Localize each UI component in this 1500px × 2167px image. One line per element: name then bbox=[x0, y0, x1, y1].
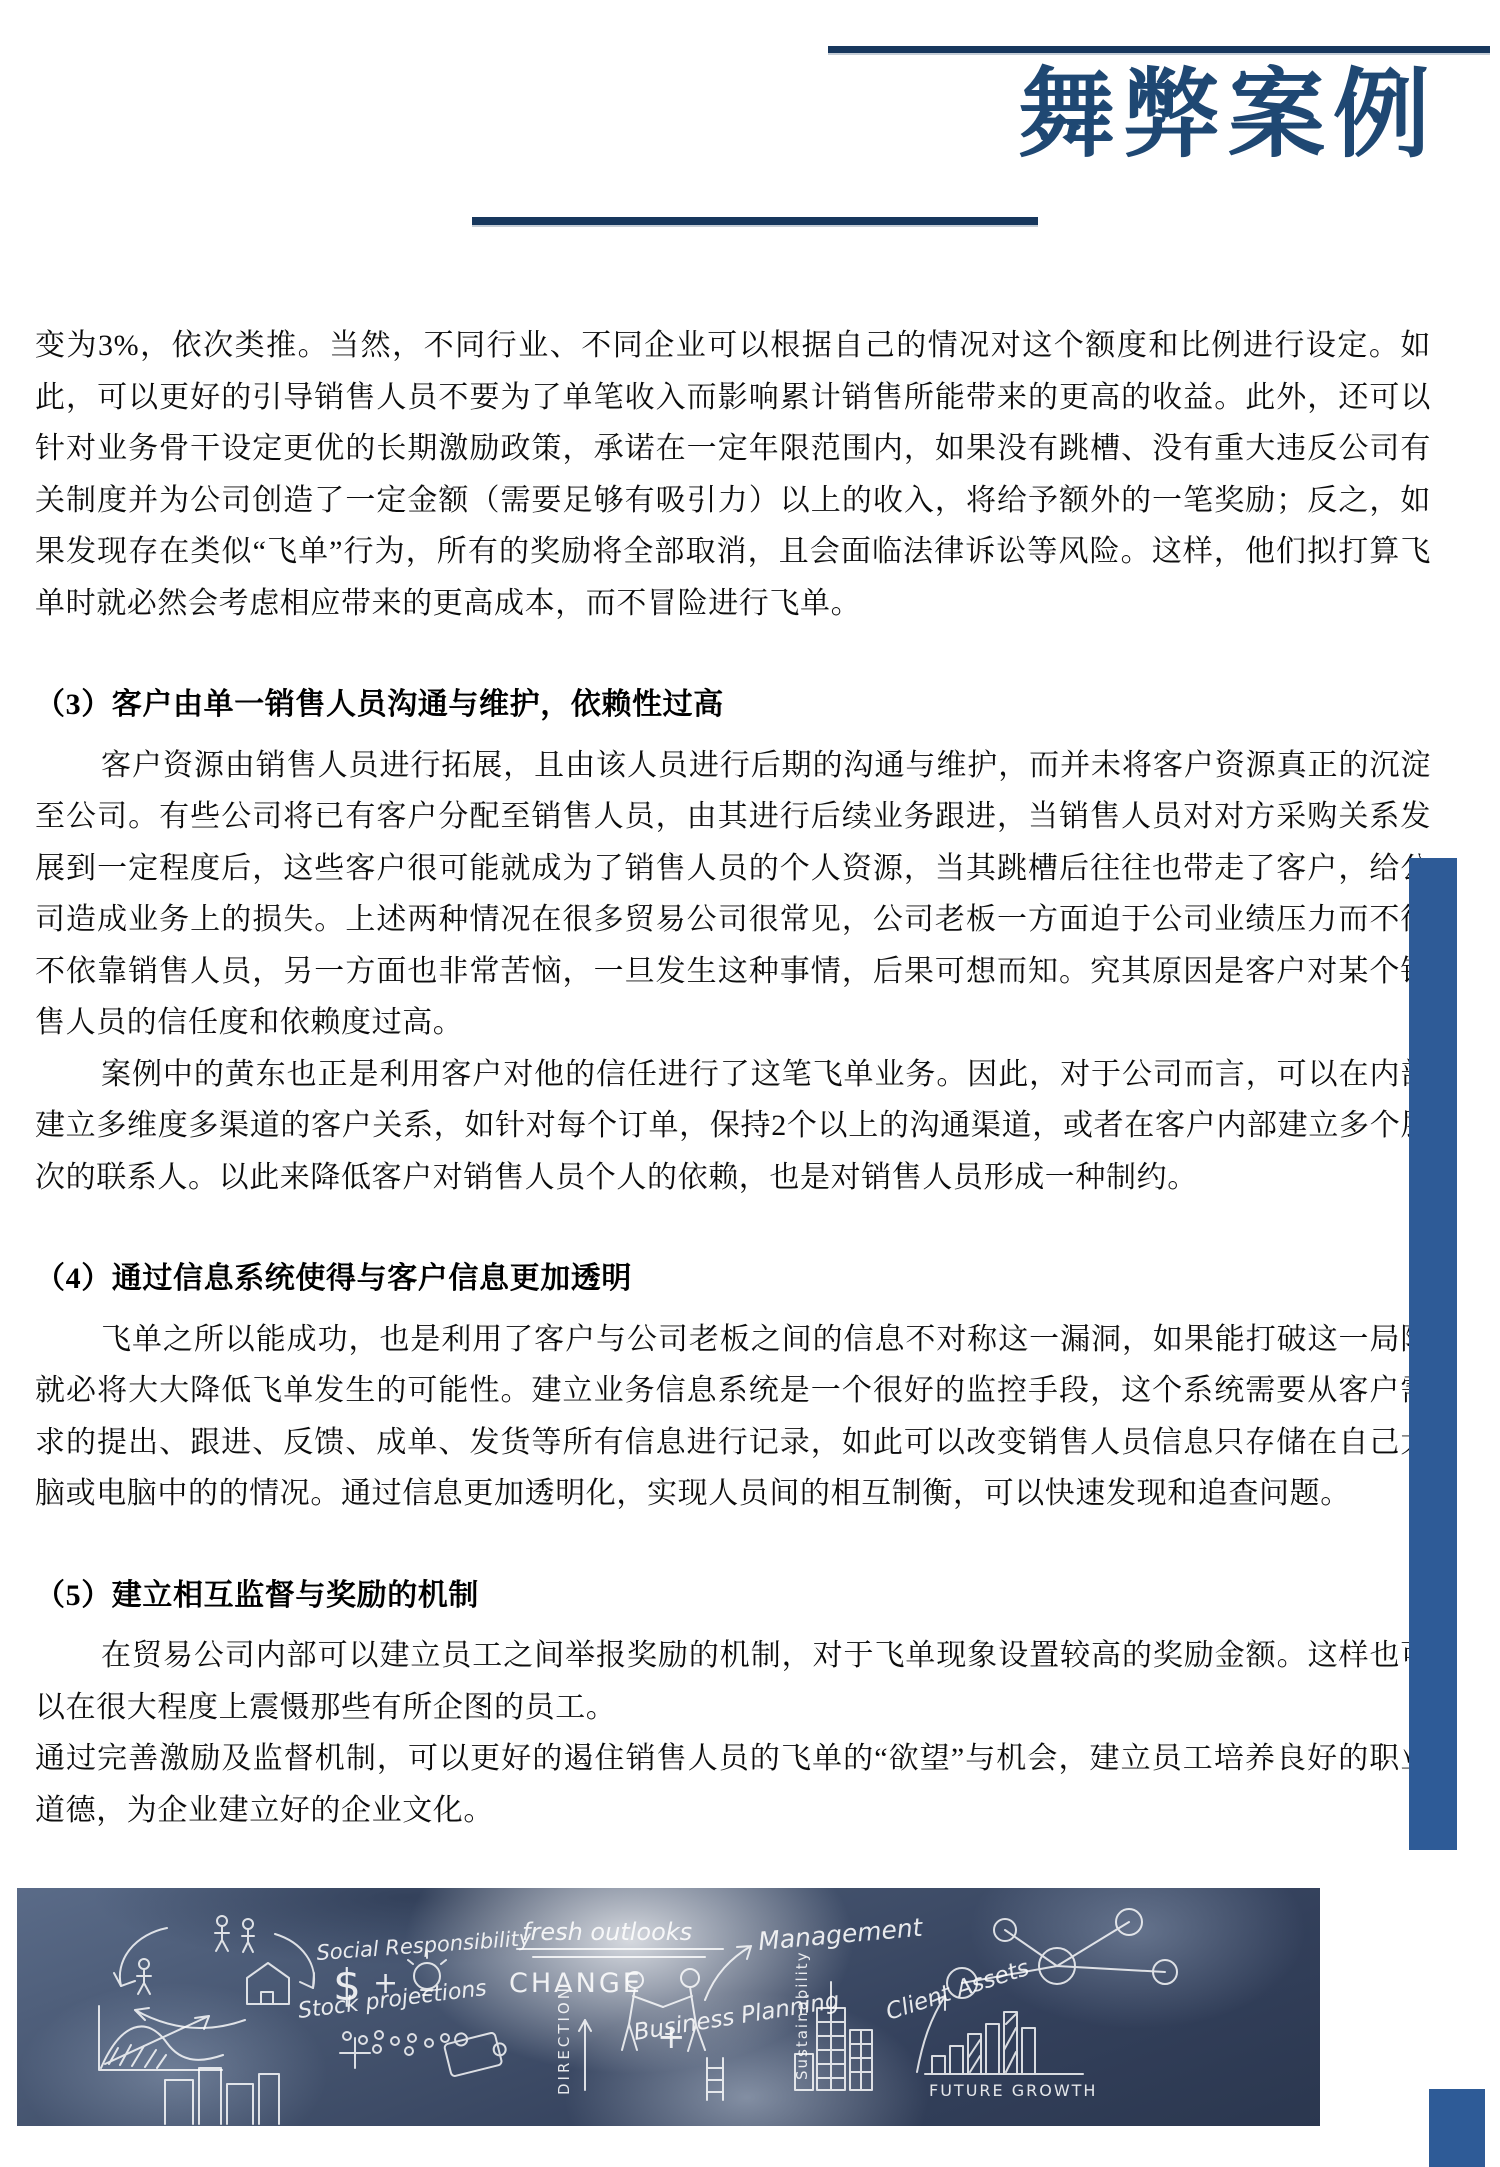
management-arrow bbox=[705, 1946, 751, 2000]
line-chart-icon bbox=[99, 2006, 223, 2070]
title-underline-rule bbox=[472, 217, 1038, 225]
business-sketch-overlay: Social Responsibility $ + fresh outlooks… bbox=[17, 1888, 1320, 2126]
fresh-outlooks-label: fresh outlooks bbox=[522, 1918, 692, 1946]
people-cycle-icon bbox=[114, 1916, 314, 2028]
management-label: Management bbox=[757, 1913, 925, 1956]
document-page: 舞弊案例 变为3%，依次类推。当然，不同行业、不同企业可以根据自己的情况对这个额… bbox=[0, 0, 1500, 2167]
fresh-outlooks-underline bbox=[517, 1949, 723, 1957]
section-3-heading: （3）客户由单一销售人员沟通与维护，依赖性过高 bbox=[35, 679, 1431, 731]
bottom-accent-bar bbox=[1429, 2089, 1485, 2167]
client-assets-label: Client Assets bbox=[883, 1955, 1033, 2026]
future-growth-label: FUTURE GROWTH bbox=[929, 2081, 1097, 2100]
intro-paragraph: 变为3%，依次类推。当然，不同行业、不同企业可以根据自己的情况对这个额度和比例进… bbox=[35, 320, 1431, 629]
closing-paragraph: 通过完善激励及监督机制，可以更好的遏住销售人员的飞单的“欲望”与机会，建立员工培… bbox=[35, 1733, 1431, 1836]
section-3-paragraph-1: 客户资源由销售人员进行拓展，且由该人员进行后期的沟通与维护，而并未将客户资源真正… bbox=[35, 740, 1431, 1049]
section-3-paragraph-2: 案例中的黄东也正是利用客户对他的信任进行了这笔飞单业务。因此，对于公司而言，可以… bbox=[35, 1049, 1431, 1204]
puzzle-piece-icon bbox=[442, 2024, 509, 2077]
section-4-paragraph-1: 飞单之所以能成功，也是利用了客户与公司老板之间的信息不对称这一漏洞，如果能打破这… bbox=[35, 1314, 1431, 1520]
right-accent-bar bbox=[1409, 858, 1457, 1850]
page-title: 舞弊案例 bbox=[1018, 66, 1438, 163]
direction-label: DIRECTION bbox=[555, 1985, 573, 2095]
section-5-heading: （5）建立相互监督与奖励的机制 bbox=[35, 1570, 1431, 1622]
direction-arrow bbox=[579, 2020, 591, 2090]
footer-image: Social Responsibility $ + fresh outlooks… bbox=[17, 1888, 1320, 2126]
section-5-paragraph-1: 在贸易公司内部可以建立员工之间举报奖励的机制，对于飞单现象设置较高的奖励金额。这… bbox=[35, 1630, 1431, 1733]
top-rule bbox=[828, 46, 1490, 53]
skyline-icon bbox=[165, 2068, 279, 2124]
body-text: 变为3%，依次类推。当然，不同行业、不同企业可以根据自己的情况对这个额度和比例进… bbox=[35, 320, 1431, 1836]
change-label: CHANGE bbox=[509, 1968, 643, 1999]
section-4-heading: （4）通过信息系统使得与客户信息更加透明 bbox=[35, 1253, 1431, 1305]
scatter-dots bbox=[343, 2031, 449, 2055]
